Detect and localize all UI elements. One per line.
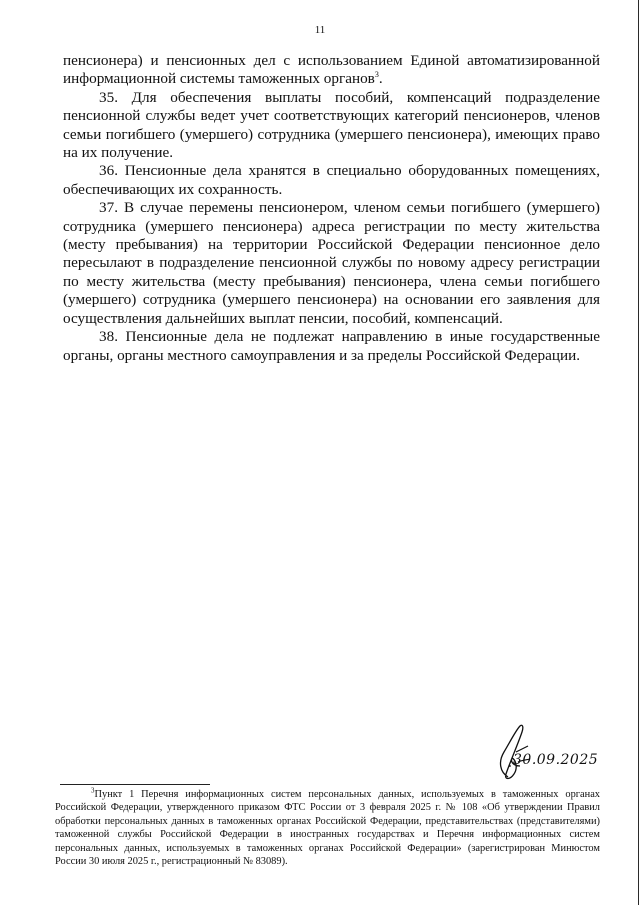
paragraph-38: 38. Пенсионные дела не подлежат направле…	[63, 328, 600, 365]
document-page: 11 пенсионера) и пенсионных дел с исполь…	[0, 0, 640, 905]
footnote: 3Пункт 1 Перечня информационных систем п…	[55, 788, 600, 868]
body-text: пенсионера) и пенсионных дел с использов…	[63, 52, 600, 365]
paragraph-37: 37. В случае перемены пенсионером, члено…	[63, 199, 600, 328]
paragraph-35: 35. Для обеспечения выплаты пособий, ком…	[63, 89, 600, 163]
scan-edge-line	[638, 0, 639, 905]
signature-date: 30.09.2025	[513, 752, 598, 768]
page-number: 11	[0, 24, 640, 36]
paragraph-36: 36. Пенсионные дела хранятся в специальн…	[63, 162, 600, 199]
footnote-separator	[60, 784, 210, 785]
paragraph-continuation: пенсионера) и пенсионных дел с использов…	[63, 52, 600, 89]
footnote-text: Пункт 1 Перечня информационных систем пе…	[55, 789, 600, 867]
